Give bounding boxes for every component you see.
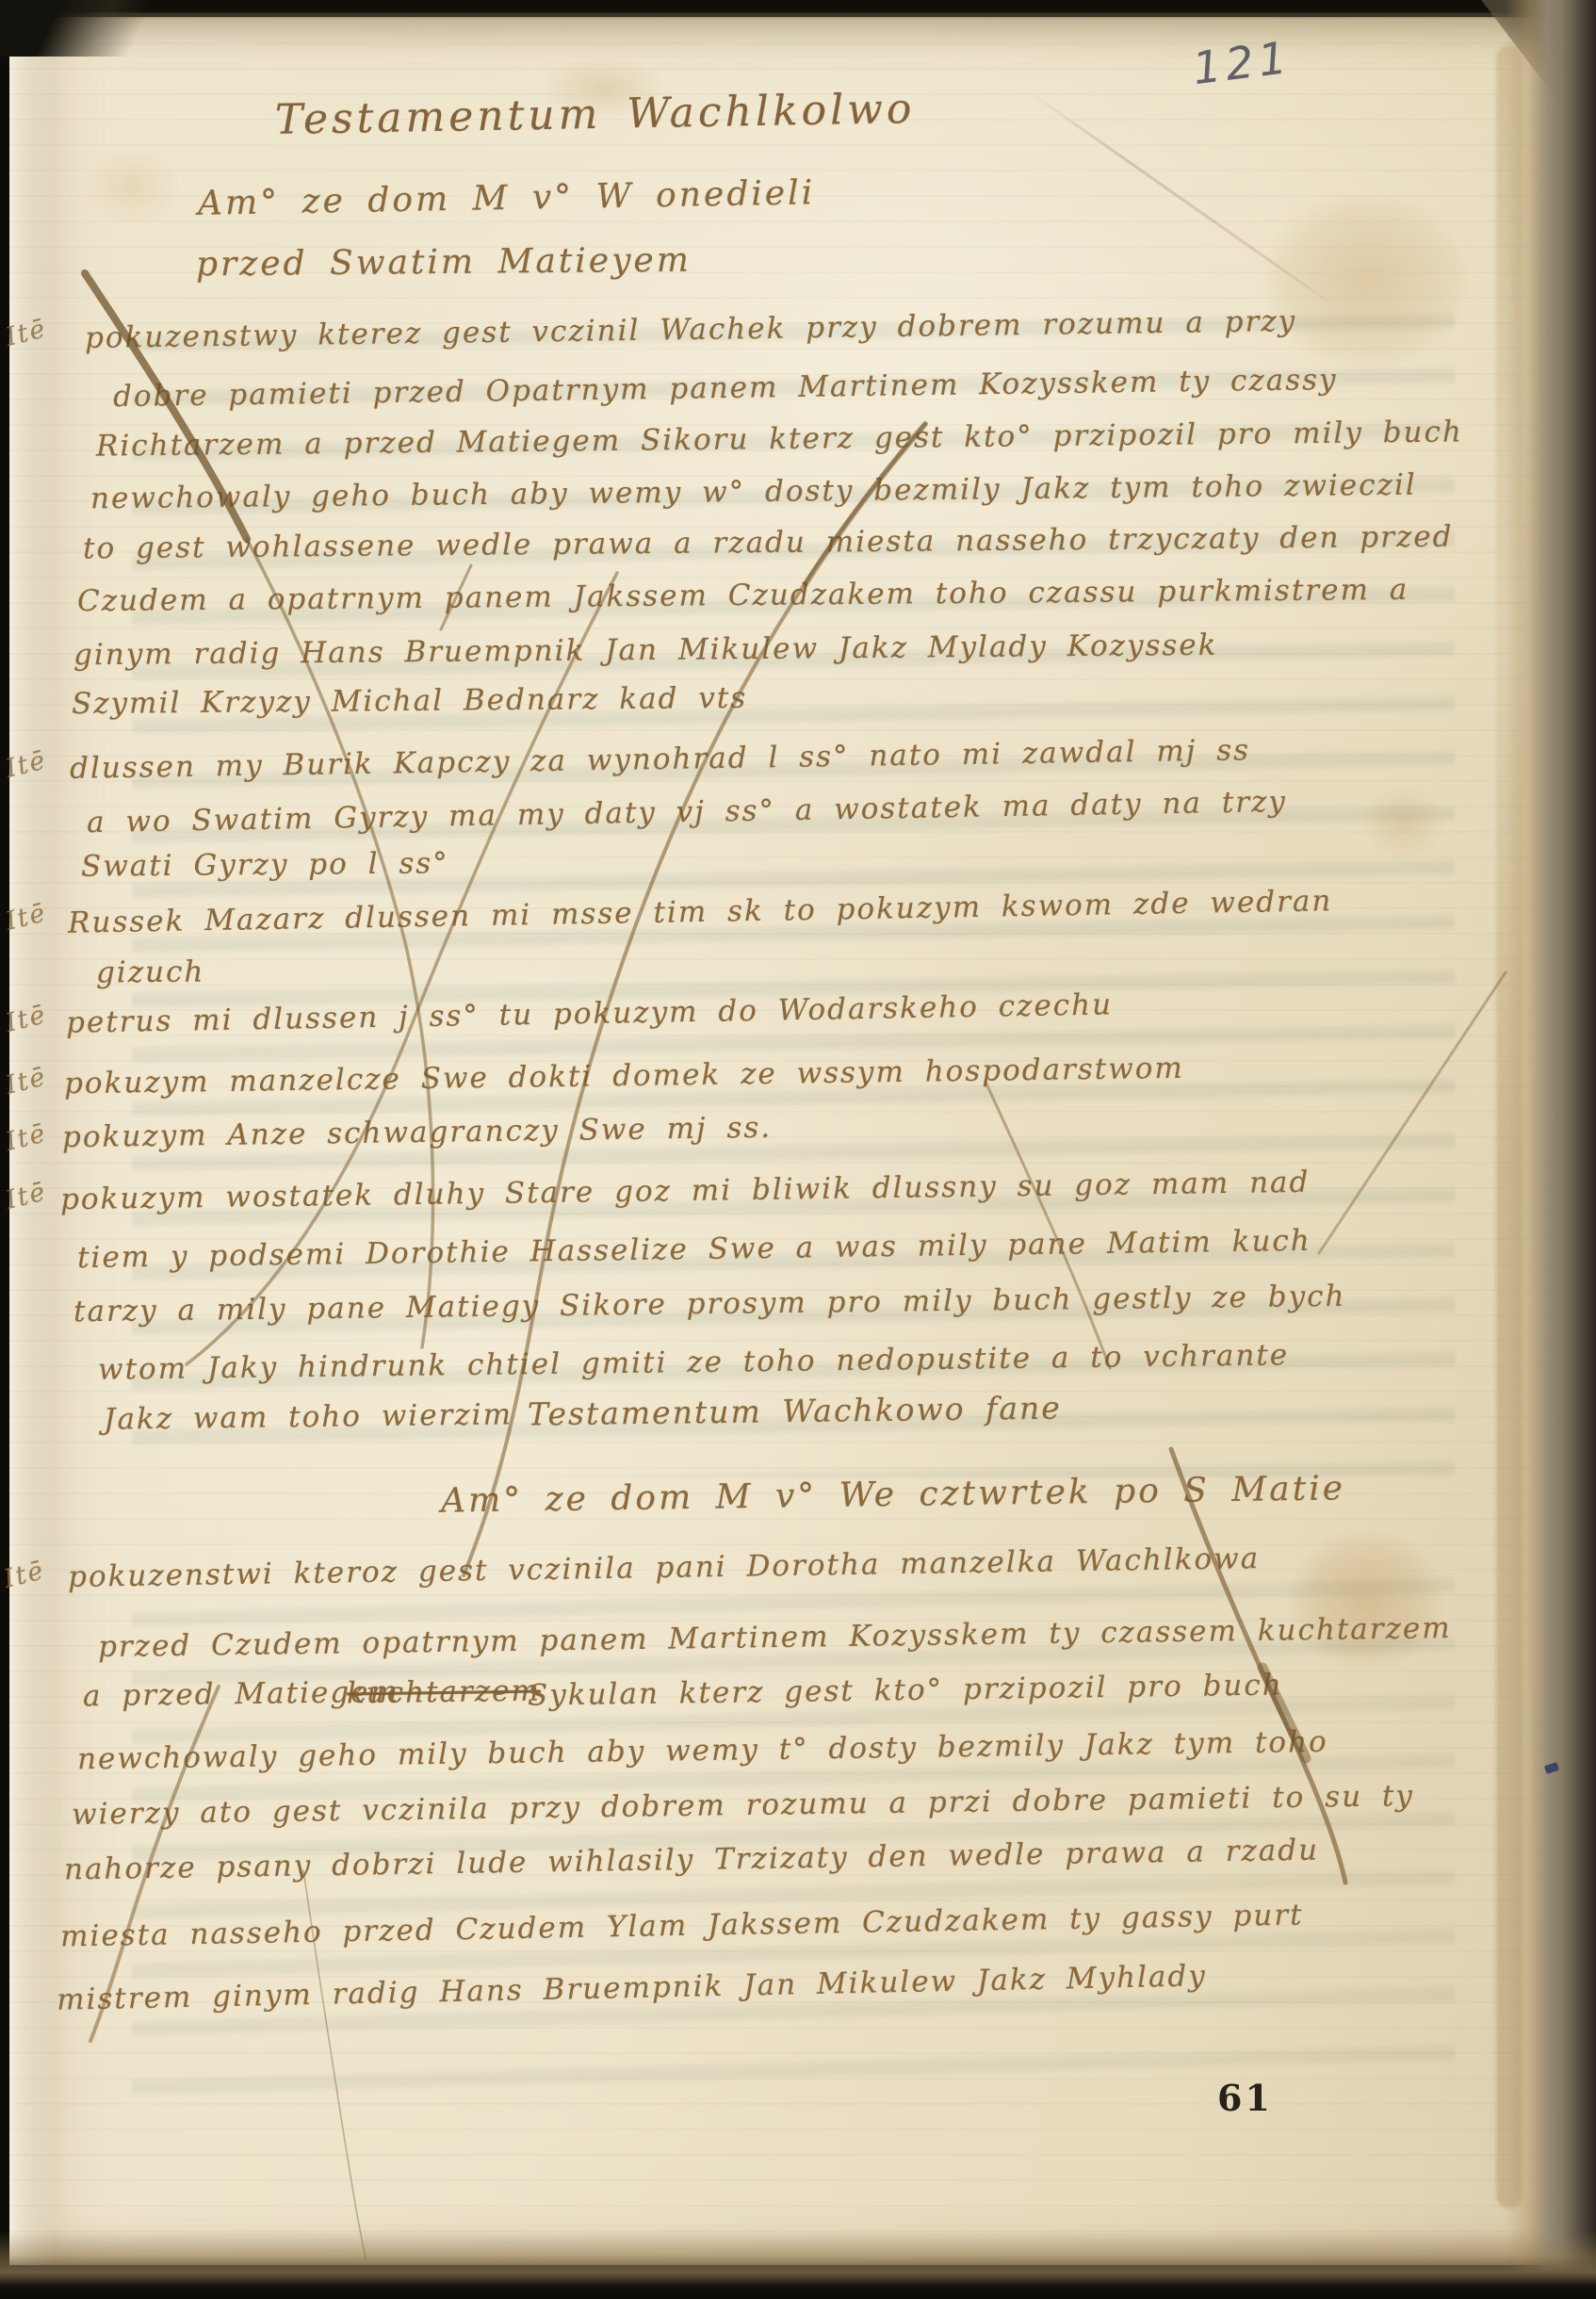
- manuscript-line: tarzy a mily pane Matiegy Sikore prosym …: [73, 1280, 1346, 1329]
- manuscript-line: newchowaly geho buch aby wemy w° dosty b…: [90, 468, 1417, 516]
- item-mark: Itē: [3, 314, 50, 352]
- closing-note: Testamentum Wachkowo fane: [528, 1390, 1062, 1433]
- manuscript-line: a wo Swatim Gyrzy ma my daty vj ss° a wo…: [87, 785, 1287, 840]
- manuscript-line: to gest wohlassene wedle prawa a rzadu m…: [83, 520, 1454, 566]
- manuscript-line: Sykulan kterz gest kto° przipozil pro bu…: [528, 1668, 1283, 1712]
- manuscript-line: nahorze psany dobrzi lude wihlasily Trzi…: [64, 1834, 1320, 1887]
- binding-bottom-edge: [0, 2231, 1596, 2299]
- manuscript-line: pokuzenstwi kteroz gest vczinila pani Do…: [68, 1541, 1261, 1594]
- document-title: Testamentum Wachlkolwo: [275, 85, 916, 144]
- manuscript-line: Richtarzem a przed Matiegem Sikoru kterz…: [96, 415, 1463, 463]
- manuscript-text-layer: Testamentum WachlkolwoAm° ze dom M v° W …: [0, 0, 1596, 2299]
- binding-top-left-wedge: [0, 0, 179, 57]
- manuscript-line: Swati Gyrzy po l ss°: [81, 846, 449, 883]
- manuscript-line: pokuzym manzelcze Swe dokti domek ze wss…: [64, 1052, 1184, 1101]
- manuscript-line: przed Czudem opatrnym panem Martinem Koz…: [98, 1611, 1452, 1664]
- item-mark: Itē: [3, 1118, 50, 1157]
- item-mark: Itē: [3, 1177, 50, 1215]
- manuscript-line: Russek Mazarz dlussen mi msse tim sk to …: [68, 884, 1333, 939]
- manuscript-line: dlussen my Burik Kapczy za wynohrad l ss…: [70, 733, 1251, 786]
- date-heading: Am° ze dom M v° W onedieli: [198, 173, 816, 222]
- manuscript-scan: { "page": { "kind": "manuscript page, Te…: [0, 0, 1596, 2299]
- manuscript-line: newchowaly geho mily buch aby wemy t° do…: [77, 1725, 1328, 1777]
- binding-top-edge: [0, 0, 1596, 19]
- manuscript-line: Szymil Krzyzy Michal Bednarz kad vts: [72, 681, 747, 721]
- manuscript-line: pokuzenstwy kterez gest vczinil Wachek p…: [85, 304, 1297, 355]
- folio-number-ink: 61: [1217, 2077, 1273, 2119]
- manuscript-line: wtom Jaky hindrunk chtiel gmiti ze toho …: [98, 1338, 1290, 1386]
- manuscript-line: dobre pamieti przed Opatrnym panem Marti…: [113, 363, 1338, 414]
- item-mark: Itē: [3, 745, 50, 784]
- manuscript-line: pokuzym wostatek dluhy Stare goz mi bliw…: [60, 1166, 1311, 1217]
- item-mark: Itē: [3, 898, 50, 937]
- book-fore-edge: [1506, 0, 1596, 2299]
- item-mark: Itē: [3, 1062, 50, 1101]
- manuscript-line: tiem y podsemi Dorothie Hasselize Swe a …: [77, 1224, 1311, 1275]
- manuscript-line: mistrem ginym radig Hans Bruempnik Jan M…: [57, 1959, 1207, 2017]
- manuscript-line: pokuzym Anze schwagranczy Swe mj ss.: [62, 1111, 773, 1155]
- item-mark: Itē: [1, 1556, 48, 1594]
- item-mark: Itē: [3, 1000, 50, 1038]
- manuscript-line: Czudem a opatrnym panem Jakssem Czudzake…: [77, 573, 1409, 618]
- date-heading: przed Swatim Matieyem: [196, 241, 692, 285]
- manuscript-line: gizuch: [96, 954, 205, 989]
- manuscript-line: Jakz wam toho wierzim: [104, 1397, 513, 1436]
- struck-word: kuchtarzem: [347, 1674, 541, 1711]
- date-heading: Am° ze dom M v° We cztwrtek po S Matie: [441, 1469, 1346, 1520]
- manuscript-line: miesta nasseho przed Czudem Ylam Jakssem…: [60, 1898, 1304, 1953]
- manuscript-line: wierzy ato gest vczinila przy dobrem roz…: [72, 1779, 1414, 1832]
- manuscript-line: petrus mi dlussen j ss° tu pokuzym do Wo…: [66, 987, 1114, 1039]
- manuscript-line: ginym radig Hans Bruempnik Jan Mikulew J…: [73, 628, 1218, 673]
